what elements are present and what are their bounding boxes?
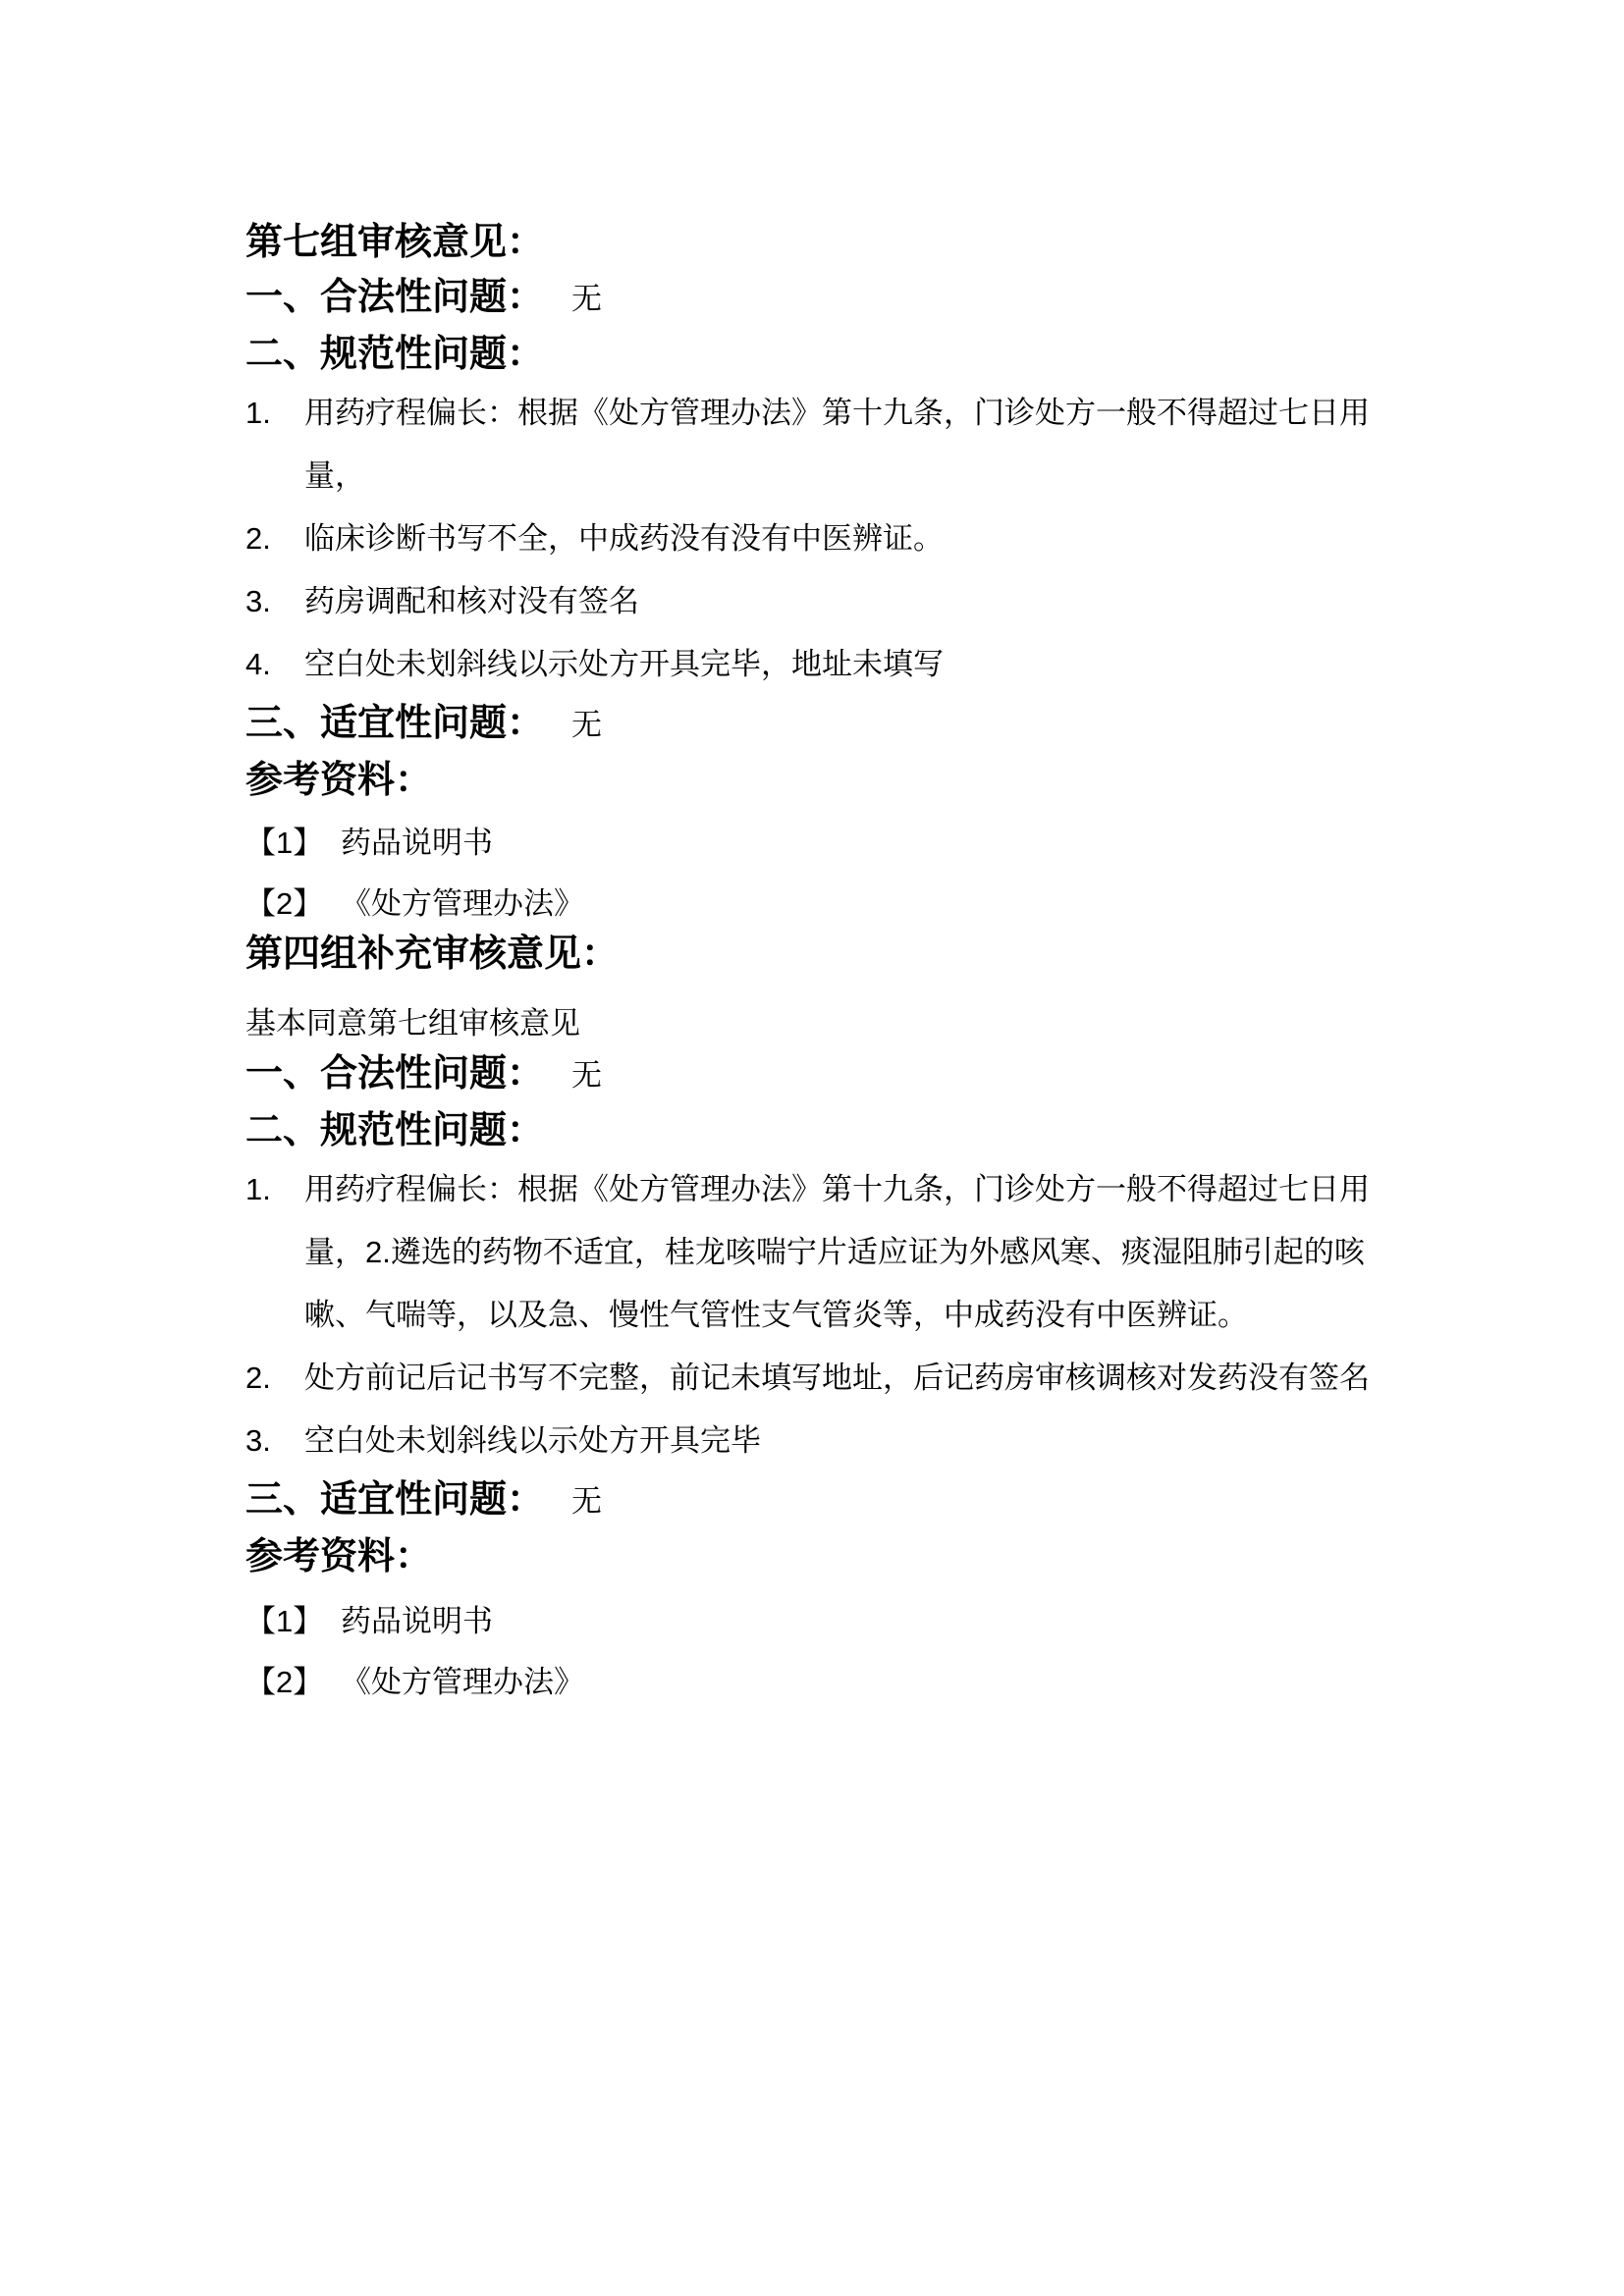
item-text: 处方前记后记书写不完整，前记未填写地址，后记药房审核调核对发药没有签名 [304,1347,1400,1410]
item-number: 3. [245,570,304,633]
item-number: 3. [245,1410,304,1472]
legality-label: 一、合法性问题： [245,1053,544,1095]
section-title: 第四组补充审核意见： [245,927,1400,982]
item-text: 空白处未划斜线以示处方开具完毕 [304,1410,1400,1472]
reference-text: 药品说明书 [341,821,1400,866]
item-number: 2. [245,507,304,570]
item-number: 2. [245,1347,304,1410]
legality-heading: 一、合法性问题：无 [245,1046,1400,1103]
legality-label: 一、合法性问题： [245,277,544,318]
legality-value: 无 [571,282,602,316]
review-section-group7: 第七组审核意见： 一、合法性问题：无 二、规范性问题： 1. 用药疗程偏长：根据… [245,215,1400,927]
item-text: 用药疗程偏长：根据《处方管理办法》第十九条，门诊处方一般不得超过七日用量， [304,382,1400,507]
references-heading: 参考资料： [245,1529,1400,1584]
references-label: 参考资料： [245,760,432,801]
issue-item: 3. 药房调配和核对没有签名 [245,570,1400,633]
suitability-value: 无 [571,1484,602,1519]
issue-item: 1. 用药疗程偏长：根据《处方管理办法》第十九条，门诊处方一般不得超过七日用量， [245,382,1400,507]
section-title: 第七组审核意见： [245,215,1400,270]
issue-item: 2. 临床诊断书写不全，中成药没有没有中医辨证。 [245,507,1400,570]
item-text: 空白处未划斜线以示处方开具完毕，地址未填写 [304,633,1400,696]
item-text: 药房调配和核对没有签名 [304,570,1400,633]
suitability-heading: 三、适宜性问题：无 [245,1472,1400,1529]
reference-item: 【1】 药品说明书 [245,821,1400,866]
reference-number: 【2】 [245,1660,341,1705]
reference-number: 【1】 [245,1599,341,1644]
suitability-value: 无 [571,708,602,742]
issue-item: 2. 处方前记后记书写不完整，前记未填写地址，后记药房审核调核对发药没有签名 [245,1347,1400,1410]
standardization-label: 二、规范性问题： [245,1110,544,1151]
reference-text: 药品说明书 [341,1599,1400,1644]
suitability-heading: 三、适宜性问题：无 [245,696,1400,753]
document-page: 第七组审核意见： 一、合法性问题：无 二、规范性问题： 1. 用药疗程偏长：根据… [0,0,1624,2296]
item-text: 用药疗程偏长：根据《处方管理办法》第十九条，门诊处方一般不得超过七日用量，2.遴… [304,1158,1400,1347]
reference-item: 【2】 《处方管理办法》 [245,1660,1400,1705]
references-heading: 参考资料： [245,753,1400,808]
reference-text: 《处方管理办法》 [341,1660,1400,1705]
issue-list: 1. 用药疗程偏长：根据《处方管理办法》第十九条，门诊处方一般不得超过七日用量，… [245,1158,1400,1472]
reference-number: 【2】 [245,881,341,927]
references-label: 参考资料： [245,1536,432,1577]
reference-item: 【1】 药品说明书 [245,1599,1400,1644]
item-text: 临床诊断书写不全，中成药没有没有中医辨证。 [304,507,1400,570]
legality-heading: 一、合法性问题：无 [245,270,1400,327]
agreement-note: 基本同意第七组审核意见 [245,1001,1400,1046]
issue-item: 3. 空白处未划斜线以示处方开具完毕 [245,1410,1400,1472]
standardization-label: 二、规范性问题： [245,334,544,375]
standardization-heading: 二、规范性问题： [245,327,1400,382]
reference-number: 【1】 [245,821,341,866]
issue-item: 1. 用药疗程偏长：根据《处方管理办法》第十九条，门诊处方一般不得超过七日用量，… [245,1158,1400,1347]
item-number: 4. [245,633,304,696]
legality-value: 无 [571,1058,602,1093]
reference-text: 《处方管理办法》 [341,881,1400,927]
issue-item: 4. 空白处未划斜线以示处方开具完毕，地址未填写 [245,633,1400,696]
suitability-label: 三、适宜性问题： [245,1479,544,1521]
item-number: 1. [245,1158,304,1347]
standardization-heading: 二、规范性问题： [245,1103,1400,1158]
review-section-group4: 第四组补充审核意见： 基本同意第七组审核意见 一、合法性问题：无 二、规范性问题… [245,927,1400,1705]
item-number: 1. [245,382,304,507]
suitability-label: 三、适宜性问题： [245,703,544,744]
reference-item: 【2】 《处方管理办法》 [245,881,1400,927]
issue-list: 1. 用药疗程偏长：根据《处方管理办法》第十九条，门诊处方一般不得超过七日用量，… [245,382,1400,696]
